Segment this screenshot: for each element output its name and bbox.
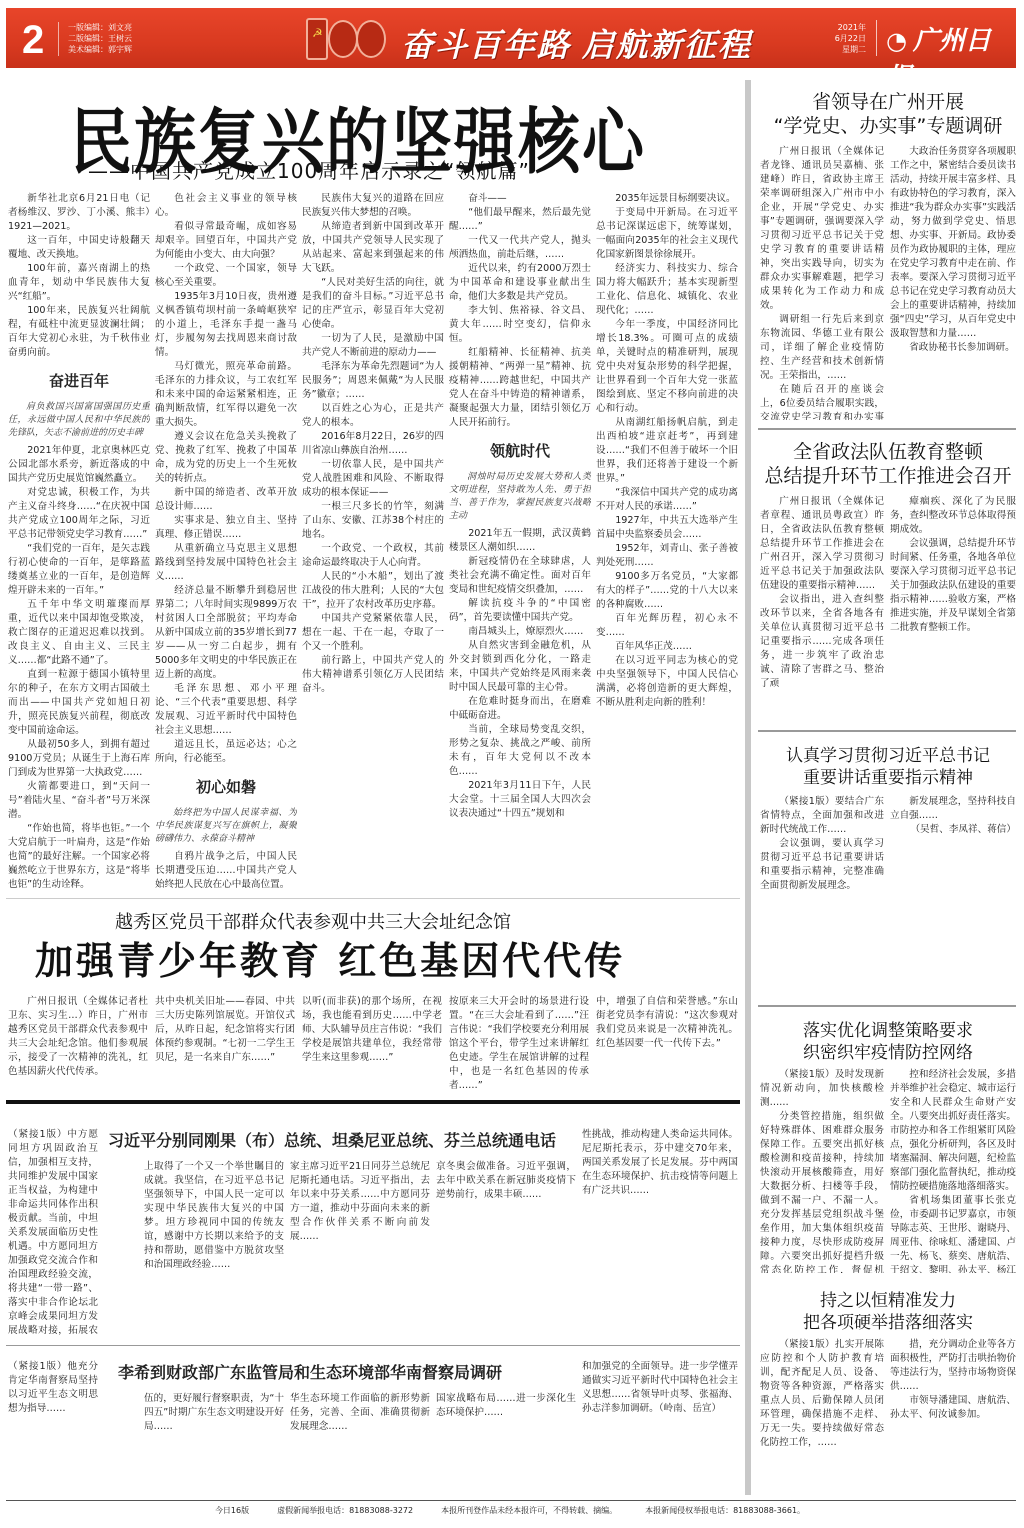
paragraph: 广州日报讯（全媒体记者龙锋、通讯员吴嘉楠、张建峰）昨日，省政协主席王荣率调研组深… xyxy=(760,145,884,313)
section-heading: 领航时代 xyxy=(449,440,591,461)
paragraph: 上取得了一个又一个举世瞩目的成就。我坚信，在习近平总书记坚强领导下，中国人民一定… xyxy=(144,1160,284,1272)
editor-line: 一版编辑：刘文亮 xyxy=(68,22,132,33)
news-2-col: 和加强党的全面领导。进一步学懂弄通做实习近平新时代中国特色社会主义思想……省领导… xyxy=(582,1360,738,1495)
news-2-col: 伍的，更好履行督察职责，为“十四五”时期广东生态文明建设开好局…… xyxy=(144,1392,284,1495)
date-weekday: 星期二 xyxy=(826,44,866,55)
paragraph: 从自然灾害到金融危机，从外交封锁到西化分化，一路走来，中国共产党始终是风雨来袭时… xyxy=(449,639,591,695)
section-heading: 奋进百年 xyxy=(8,370,150,391)
sailboat-logo-icon: ◔ xyxy=(886,26,907,55)
divider xyxy=(6,898,740,899)
feature-column: 按原来三大开会时的场景进行设置。“在三大会址看到了……”汪言伟说：“我们学校要充… xyxy=(449,995,589,1095)
sidebar-story-4-col-b: 控和经济社会发展，多措并举维护社会稳定、城市运行安全和人民群众生命财产安全。八要… xyxy=(890,1068,1016,1273)
divider xyxy=(758,428,1016,430)
paragraph: 国家战略布局……进一步深化生态环境保护…… xyxy=(436,1392,576,1420)
title-line: 认真学习贯彻习近平总书记 xyxy=(760,745,1016,767)
lead-column-1: 新华社北京6月21日电（记者杨维汉、罗沙、丁小溪、熊丰）1921—2021。 这… xyxy=(8,192,150,892)
paragraph: 遵义会议在危急关头挽救了党、挽救了红军、挽救了中国革命，成为党的历史上一个生死攸… xyxy=(155,430,297,486)
sidebar-story-2-col-a: 广州日报讯（全媒体记者章程、通讯员粤政宣）昨日，全省政法队伍教育整顿总结提升环节… xyxy=(760,495,884,705)
divider xyxy=(58,22,59,56)
lead-subhead: ——中国共产党成立100周年启示录之“领航篇” xyxy=(88,155,530,184)
paragraph: 9100多万名党员，“大家都有大的样子”……党的十八大以来的各种腐败…… xyxy=(596,570,738,612)
paragraph: 和加强党的全面领导。进一步学懂弄通做实习近平新时代中国特色社会主义思想……省领导… xyxy=(582,1360,738,1416)
paragraph: 奋斗—— xyxy=(449,192,591,206)
paragraph: 解读抗疫斗争的“中国密码”，首先要读懂中国共产党。 xyxy=(449,597,591,625)
paragraph: 对党忠诚，积极工作，为共产主义奋斗终身……“在庆祝中国共产党成立100周年之际，… xyxy=(8,486,150,542)
paragraph: 新冠疫情仍在全球肆虐，人类社会充满不确定性。面对百年变局和世纪疫情交织叠加，…… xyxy=(449,555,591,597)
section-lead: 洞烛时局历史发展大势和人类文明进程，坚持敢为人先、勇于担当、善于作为，掌握民族复… xyxy=(449,469,591,521)
copyright-notice: 本报所刊登作品未经本报许可，不得转载、摘编。 xyxy=(441,1505,617,1516)
paragraph: 人民的“小木船”，划出了渡江战役的伟大胜利；人民的“大包干”，拉开了农村改革历史… xyxy=(302,570,444,612)
issue-date: 2021年 6月22日 星期二 xyxy=(826,22,866,55)
paragraph: （紧接1版）要结合广东省情特点，全面加强和改进新时代统战工作…… xyxy=(760,795,884,837)
paragraph: 市领导潘建国、唐航浩、孙太平、何汝诚参加。 xyxy=(890,1394,1016,1422)
paragraph: 南昌城头上，燎原烈火…… xyxy=(449,625,591,639)
page-number: 2 xyxy=(22,18,44,63)
paragraph: 一个政党、一个政权，其前途命运最终取决于人心向背。 xyxy=(302,542,444,570)
date-day: 6月22日 xyxy=(826,33,866,44)
paragraph: 百年风华正茂…… xyxy=(596,640,738,654)
paragraph: 100年来，民族复兴壮阔航程，有砥柱中流更显波澜壮阔；百年大党初心永驻，为千秋伟… xyxy=(8,304,150,360)
paragraph: 毛泽东思想、邓小平理论、“三个代表”重要思想、科学发展观、习近平新时代中国特色社… xyxy=(155,682,297,738)
editor-line: 美术编辑：郭宇辉 xyxy=(68,44,132,55)
paragraph: 一根三尺多长的竹竿，刻满了山东、安徽、江苏38个村庄的地名。 xyxy=(302,500,444,542)
sidebar-story-3-col-a: （紧接1版）要结合广东省情特点，全面加强和改进新时代统战工作…… 会议强调，要认… xyxy=(760,795,884,995)
paragraph: 华生态环境工作面临的新形势新任务，完善、全面、准确贯彻新发展理念…… xyxy=(290,1392,430,1434)
paragraph: 这一百年，中国史诗般翻天覆地、改天换地。 xyxy=(8,234,150,262)
paragraph: 分类管控措施，组织做好特殊群体、困难群众服务保障工作。五要突出抓好核酸检测和疫苗… xyxy=(760,1110,884,1273)
news-2-col: 华生态环境工作面临的新形势新任务，完善、全面、准确贯彻新发展理念…… xyxy=(290,1392,430,1495)
title-line: 把各项硬举措落细落实 xyxy=(760,1312,1016,1334)
title-line: 织密织牢疫情防控网络 xyxy=(760,1042,1016,1064)
title-line: 重要讲话重要指示精神 xyxy=(760,767,1016,789)
paragraph: 火箭都要进口，到“天问一号”着陆火星、“奋斗者”号万米深潜。 xyxy=(8,780,150,822)
feature-column: 中，增强了自信和荣誉感。”东山街老党员李有清说：“这次参观对我们党员来说是一次精… xyxy=(596,995,738,1095)
paragraph: “我深信中国共产党的成功离不开对人民的承诺……” xyxy=(596,486,738,514)
sidebar-story-3-title: 认真学习贯彻习近平总书记 重要讲话重要指示精神 xyxy=(760,745,1016,789)
paragraph: 性挑战，推动构建人类命运共同体。尼尼斯托表示，芬中建交70年来，两国关系发展了长… xyxy=(582,1128,738,1198)
lead-column-4: 奋斗—— “他们最早醒来，然后最先觉醒……” 一代又一代共产党人，抛头颅洒热血，… xyxy=(449,192,591,892)
lead-column-3: 民族伟大复兴的道路在回应民族复兴伟大梦想的召唤。 从缔造者到新中国到改革开放，中… xyxy=(302,192,444,892)
paragraph: 从南湖红船扬帆启航，到走出西柏坡“进京赶考”，再到建设……“我们不但善于破坏一个… xyxy=(596,416,738,486)
paragraph: 道远且长，虽远必达；心之所向，行必能至。 xyxy=(155,738,297,766)
paragraph: 在以习近平同志为核心的党中央坚强领导下，中国人民信心满满，必将创造新的更大辉煌，… xyxy=(596,654,738,710)
paragraph: 共中央机关旧址——春园、中共三大历史陈列馆展览。开馆仪式后，从昨日起，纪念馆将实… xyxy=(155,995,295,1065)
paragraph: 会议强调，总结提升环节时间紧、任务重，各地各单位要深入学习贯彻习近平总书记关于加… xyxy=(890,537,1016,635)
paragraph: 在随后召开的座谈会上，6位委员结合履职实践，交流党史学习教育和办实事情况。 xyxy=(760,383,884,420)
paragraph: 毛泽东为革命先烈题词“为人民服务”；周恩来佩戴“为人民服务”徽章；…… xyxy=(302,360,444,402)
paragraph: 省机场集团董事长张克俭，市委副书记罗嘉京，市领导陈志英、王世彤、谢晓丹、周亚伟、… xyxy=(890,1194,1016,1273)
paragraph: 自鸦片战争之后，中国人民长期遭受压迫……中国共产党人始终把人民放在心中最高位置。 xyxy=(155,850,297,892)
divider xyxy=(6,1345,740,1346)
sidebar-story-4-col-a: （紧接1版）及时发现新情况新动向，加快核酸检测…… 分类管控措施，组织做好特殊群… xyxy=(760,1068,884,1273)
paragraph: 红船精神、长征精神、抗美援朝精神、“两弹一星”精神、抗疫精神……跨越世纪，中国共… xyxy=(449,346,591,430)
paragraph: 省政协秘书长参加调研。 xyxy=(890,341,1016,355)
title-line: 全省政法队伍教育整顿 xyxy=(760,440,1016,464)
paragraph: 2016年8月22日，26岁的四川省凉山彝族自治州…… xyxy=(302,430,444,458)
paragraph: 2035年远景目标纲要决议。 xyxy=(596,192,738,206)
paragraph: （吴哲、李凤祥、蒋信） xyxy=(890,823,1016,837)
paragraph: 经济实力、科技实力、综合国力将大幅跃升；基本实现新型工业化、信息化、城镇化、农业… xyxy=(596,262,738,318)
paragraph: 以百姓之心为心，正是共产党人的根本。 xyxy=(302,402,444,430)
editor-line: 二版编辑：王树云 xyxy=(68,33,132,44)
paragraph: 中国共产党紧紧依靠人民，想在一起、干在一起，夺取了一个又一个胜利。 xyxy=(302,612,444,654)
paragraph: 会议强调，要认真学习贯彻习近平总书记重要讲话和重要指示精神，完整准确全面贯彻新发… xyxy=(760,837,884,893)
divider xyxy=(876,20,877,56)
sidebar-story-5-col-a: （紧接1版）扎实开展陈应防控和个人防护教育培训，配齐配足人员、设备、物资等各种资… xyxy=(760,1338,884,1493)
paragraph: “他们最早醒来，然后最先觉醒……” xyxy=(449,206,591,234)
fake-news-hotline: 虚假新闻举报电话：81883088-3272 xyxy=(277,1505,413,1516)
sidebar-story-1-col-a: 广州日报讯（全媒体记者龙锋、通讯员吴嘉楠、张建峰）昨日，省政协主席王荣率调研组深… xyxy=(760,145,884,420)
lead-column-5: 2035年远景目标纲要决议。 于变局中开新局。在习近平总书记深谋远虑下，统筹谋划… xyxy=(596,192,738,892)
feature-column: 共中央机关旧址——春园、中共三大历史陈列馆展览。开馆仪式后，从昨日起，纪念馆将实… xyxy=(155,995,295,1095)
sidebar-story-1-col-b: 大政治任务贯穿各项履职工作之中，紧密结合委员读书活动，持续开展丰富多样、具有政协… xyxy=(890,145,1016,420)
paragraph: 近代以来，约有2000万烈士为中国革命和建设事业献出生命，他们大多数是共产党员。 xyxy=(449,262,591,304)
paragraph: 一切依靠人民，是中国共产党人战胜困难和风险、不断取得成功的根本保证—— xyxy=(302,458,444,500)
paragraph: 调研组一行先后来到京东物流园、华德工业有限公司，详细了解企业疫情防控、生产经营和… xyxy=(760,313,884,383)
paragraph: 从最初50多人，到拥有超过9100万党员；从诞生于上海石库门到成为世界第一大执政… xyxy=(8,738,150,780)
sidebar-story-4-title: 落实优化调整策略要求 织密织牢疫情防控网络 xyxy=(760,1020,1016,1064)
paragraph: 色社会主义事业的领导核心。 xyxy=(155,192,297,220)
paragraph: 当前，全球局势变乱交织，形势之复杂、挑战之严峻、前所未有，百年大党何以不改本色…… xyxy=(449,723,591,779)
title-line: 持之以恒精准发力 xyxy=(760,1290,1016,1312)
section-slogan: 奋斗百年路 启航新征程 xyxy=(401,20,752,66)
section-lead: 始终把为中国人民谋幸福、为中华民族谋复兴写在旗帜上，凝聚磅礴伟力、永葆奋斗精神 xyxy=(155,805,297,844)
masthead-banner: 2 一版编辑：刘文亮 二版编辑：王树云 美术编辑：郭宇辉 ☭ 奋斗百年路 启航新… xyxy=(6,8,1016,68)
paragraph: 实事求是、独立自主、坚持真理、修正错误…… xyxy=(155,514,297,542)
paragraph: 李大钊、焦裕禄、谷文昌、黄大年……时空变幻，信仰永恒。 xyxy=(449,304,591,346)
hammer-sickle-icon: ☭ xyxy=(312,26,323,40)
sidebar-story-5-title: 持之以恒精准发力 把各项硬举措落细落实 xyxy=(760,1290,1016,1334)
paragraph: 家主席习近平21日同芬兰总统尼尼斯托通电话。习近平指出，去年以来中芬关系……中方… xyxy=(290,1160,430,1244)
paragraph: 前行路上，中国共产党人的伟大精神谱系引领亿万人民团结奋斗。 xyxy=(302,654,444,696)
paragraph: 从重新确立马克思主义思想路线到坚持发展中国特色社会主义…… xyxy=(155,542,297,584)
sidebar-story-2-col-b: 瘴痼疾、深化了为民服务，查纠整改环节总体取得预期成效。 会议强调，总结提升环节时… xyxy=(890,495,1016,705)
footer-divider xyxy=(6,1500,1016,1501)
column-divider xyxy=(745,80,751,1495)
paragraph: 一切为了人民，是激励中国共产党人不断前进的原动力—— xyxy=(302,332,444,360)
paragraph: 一代又一代共产党人，抛头颅洒热血，前赴后继，…… xyxy=(449,234,591,262)
paragraph: 从缔造者到新中国到改革开放，中国共产党领导人民实现了从站起来、富起来到强起来的伟… xyxy=(302,220,444,276)
paragraph: 大政治任务贯穿各项履职工作之中，紧密结合委员读书活动，持续开展丰富多样、具有政协… xyxy=(890,145,1016,341)
sidebar-story-2-title: 全省政法队伍教育整顿 总结提升环节工作推进会召开 xyxy=(760,440,1016,488)
centenary-100-logo-icon: ☭ xyxy=(306,18,386,60)
feature-column: 以听(而非获)的那个场所，在视场，我也能看到历史……中学老师、大队辅导员庄言伟说… xyxy=(302,995,442,1095)
news-1-col: 性挑战，推动构建人类命运共同体。尼尼斯托表示，芬中建交70年来，两国关系发展了长… xyxy=(582,1128,738,1338)
divider xyxy=(758,1005,1016,1007)
lead-column-2: 色社会主义事业的领导核心。 看似寻常最奇崛，成如容易却艰辛。回望百年，中国共产党… xyxy=(155,192,297,892)
feature-column: 广州日报讯（全媒体记者杜卫东、实习生…）昨日，广州市越秀区党员干部群众代表参观中… xyxy=(8,995,148,1095)
paragraph: 看似寻常最奇崛，成如容易却艰辛。回望百年，中国共产党为何能由小变大、由大向强？ xyxy=(155,220,297,262)
news-1-title: 习近平分别同刚果（布）总统、坦桑尼亚总统、芬兰总统通电话 xyxy=(108,1128,556,1151)
paragraph: “人民对美好生活的向往，就是我们的奋斗目标。”习近平总书记的庄严宣示，彰显百年大… xyxy=(302,276,444,332)
paragraph: 控和经济社会发展，多措并举维护社会稳定、城市运行安全和人民群众生命财产安全。八要… xyxy=(890,1068,1016,1194)
page-footer: 今日16版 虚假新闻举报电话：81883088-3272 本报所刊登作品未经本报… xyxy=(100,1505,920,1516)
newspaper-logo: ◔广州日报 xyxy=(886,20,1016,94)
title-line: “学党史、办实事”专题调研 xyxy=(760,114,1016,138)
paragraph: 今年一季度，中国经济同比增长18.3%。可圈可点的成绩单，关键时点的精准研判，展… xyxy=(596,318,738,416)
paragraph: 1952年，刘青山、张子善被判处死刑…… xyxy=(596,542,738,570)
paragraph: 广州日报讯（全媒体记者章程、通讯员粤政宣）昨日，全省政法队伍教育整顿总结提升环节… xyxy=(760,495,884,593)
paragraph: （紧接1版）扎实开展陈应防控和个人防护教育培训，配齐配足人员、设备、物资等各种资… xyxy=(760,1338,884,1450)
paragraph: 一个政党、一个国家，领导核心至关重要。 xyxy=(155,262,297,290)
paragraph: 按原来三大开会时的场景进行设置。“在三大会址看到了……”汪言伟说：“我们学校要充… xyxy=(449,995,589,1093)
paragraph: 中，增强了自信和荣誉感。”东山街老党员李有清说：“这次参观对我们党员来说是一次精… xyxy=(596,995,738,1051)
infringement-hotline: 本报新闻侵权举报电话：81883088-3661。 xyxy=(645,1505,805,1516)
sidebar-story-5-col-b: 措，充分调动企业等各方面积极性，严防打击哄抬物价等违法行为，坚持市场物资保供……… xyxy=(890,1338,1016,1493)
paragraph: 2021年五一假期，武汉黄鹤楼景区人潮如织…… xyxy=(449,527,591,555)
date-year: 2021年 xyxy=(826,22,866,33)
paragraph: 经济总量不断攀升到稳居世界第二；八年时间实现9899万农村贫困人口全部脱贫；平均… xyxy=(155,584,297,682)
editor-credits: 一版编辑：刘文亮 二版编辑：王树云 美术编辑：郭宇辉 xyxy=(68,22,132,55)
page-count: 今日16版 xyxy=(215,1505,249,1516)
paragraph: 新中国的缔造者、改革开放总设计师…… xyxy=(155,486,297,514)
paragraph: （紧接1版）他充分肯定华南督察局坚持以习近平生态文明思想为指导…… xyxy=(8,1360,98,1416)
paragraph: （紧接1版）中方愿同坦方巩固政治互信，加强相互支持，共同维护发展中国家正当权益，… xyxy=(8,1128,98,1338)
title-line: 总结提升环节工作推进会召开 xyxy=(760,464,1016,488)
paragraph: 于变局中开新局。在习近平总书记深谋远虑下，统筹谋划，一幅面向2035年的社会主义… xyxy=(596,206,738,262)
feature-headline: 加强青少年教育 红色基因代代传 xyxy=(35,930,625,985)
section-heading: 初心如磐 xyxy=(155,776,297,797)
paragraph: 伍的，更好履行督察职责，为“十四五”时期广东生态文明建设开好局…… xyxy=(144,1392,284,1434)
sidebar-story-1-title: 省领导在广州开展 “学党史、办实事”专题调研 xyxy=(760,90,1016,138)
paragraph: “作始也简，将毕也钜。”一个大党启航于一叶扁舟，这是“作始也简”的最好注解。一个… xyxy=(8,822,150,892)
divider xyxy=(758,730,1016,732)
paragraph: 直到一粒源于德国小镇特里尔的种子，在东方文明古国破土而出——中国共产党如旭日初升… xyxy=(8,668,150,738)
paragraph: 瘴痼疾、深化了为民服务，查纠整改环节总体取得预期成效。 xyxy=(890,495,1016,537)
news-1-col: 京冬奥会做准备。习近平强调，去年中欧关系在新冠肺炎疫情下逆势前行，成果丰硕…… xyxy=(436,1160,576,1338)
news-2-col: 国家战略布局……进一步深化生态环境保护…… xyxy=(436,1392,576,1495)
paragraph: 2021年仲夏，北京奥林匹克公园北部水系旁，新近落成的中国共产党历史展览馆巍然矗… xyxy=(8,444,150,486)
paragraph: 百年光辉历程，初心永不变…… xyxy=(596,612,738,640)
news-1-col: 家主席习近平21日同芬兰总统尼尼斯托通电话。习近平指出，去年以来中芬关系……中方… xyxy=(290,1160,430,1338)
title-line: 落实优化调整策略要求 xyxy=(760,1020,1016,1042)
paragraph: 会议指出，进入查纠整改环节以来，全省各地各有关单位认真贯彻习近平总书记重要指示…… xyxy=(760,593,884,691)
news-2-col: （紧接1版）他充分肯定华南督察局坚持以习近平生态文明思想为指导…… xyxy=(8,1360,98,1495)
section-rule xyxy=(6,1100,740,1104)
paragraph: （紧接1版）及时发现新情况新动向，加快核酸检测…… xyxy=(760,1068,884,1110)
paragraph: 民族伟大复兴的道路在回应民族复兴伟大梦想的召唤。 xyxy=(302,192,444,220)
paragraph: 1927年，中共五大选举产生首届中央监察委员会…… xyxy=(596,514,738,542)
section-lead: 肩负救国兴国富国强国历史重任，永远做中国人民和中华民族的先锋队，矢志不渝前进的历… xyxy=(8,399,150,438)
title-line: 省领导在广州开展 xyxy=(760,90,1016,114)
paragraph: 措，充分调动企业等各方面积极性，严防打击哄抬物价等违法行为，坚持市场物资保供…… xyxy=(890,1338,1016,1394)
paragraph: 新华社北京6月21日电（记者杨维汉、罗沙、丁小溪、熊丰）1921—2021。 xyxy=(8,192,150,234)
news-1-col: 上取得了一个又一个举世瞩目的成就。我坚信，在习近平总书记坚强领导下，中国人民一定… xyxy=(144,1160,284,1338)
paragraph: 在危难时挺身而出，在磨难中砥砺奋进。 xyxy=(449,695,591,723)
sidebar-story-3-col-b: 新发展理念，坚持科技自立自强…… （吴哲、李凤祥、蒋信） xyxy=(890,795,1016,995)
paragraph: “我们党的一百年，是矢志践行初心使命的一百年，是筚路蓝缕奠基立业的一百年，是创造… xyxy=(8,542,150,598)
paragraph: 新发展理念，坚持科技自立自强…… xyxy=(890,795,1016,823)
paragraph: 马灯微光，照亮革命前路。毛泽东的力排众议，与工农红军和未来中国的命运紧紧相连，正… xyxy=(155,360,297,430)
paragraph: 京冬奥会做准备。习近平强调，去年中欧关系在新冠肺炎疫情下逆势前行，成果丰硕…… xyxy=(436,1160,576,1202)
paragraph: 100年前，嘉兴南湖上的热血青年，划动中华民族伟大复兴“红船”。 xyxy=(8,262,150,304)
paragraph: 以听(而非获)的那个场所，在视场，我也能看到历史……中学老师、大队辅导员庄言伟说… xyxy=(302,995,442,1065)
news-1-col: （紧接1版）中方愿同坦方巩固政治互信，加强相互支持，共同维护发展中国家正当权益，… xyxy=(8,1128,98,1338)
paragraph: 2021年3月11日下午，人民大会堂。十三届全国人大四次会议表决通过“十四五”规… xyxy=(449,779,591,821)
paragraph: 1935年3月10日夜，贵州遵义枫香镇苟坝村前一条崎岖狭窄的小道上，毛泽东手提一… xyxy=(155,290,297,360)
paragraph: 广州日报讯（全媒体记者杜卫东、实习生…）昨日，广州市越秀区党员干部群众代表参观中… xyxy=(8,995,148,1079)
paragraph: 五千年中华文明璀璨而厚重，近代以来中国却饱受欺凌，救亡图存的正道迟迟难以找到。改… xyxy=(8,598,150,668)
news-2-title: 李希到财政部广东监管局和生态环境部华南督察局调研 xyxy=(118,1360,502,1383)
